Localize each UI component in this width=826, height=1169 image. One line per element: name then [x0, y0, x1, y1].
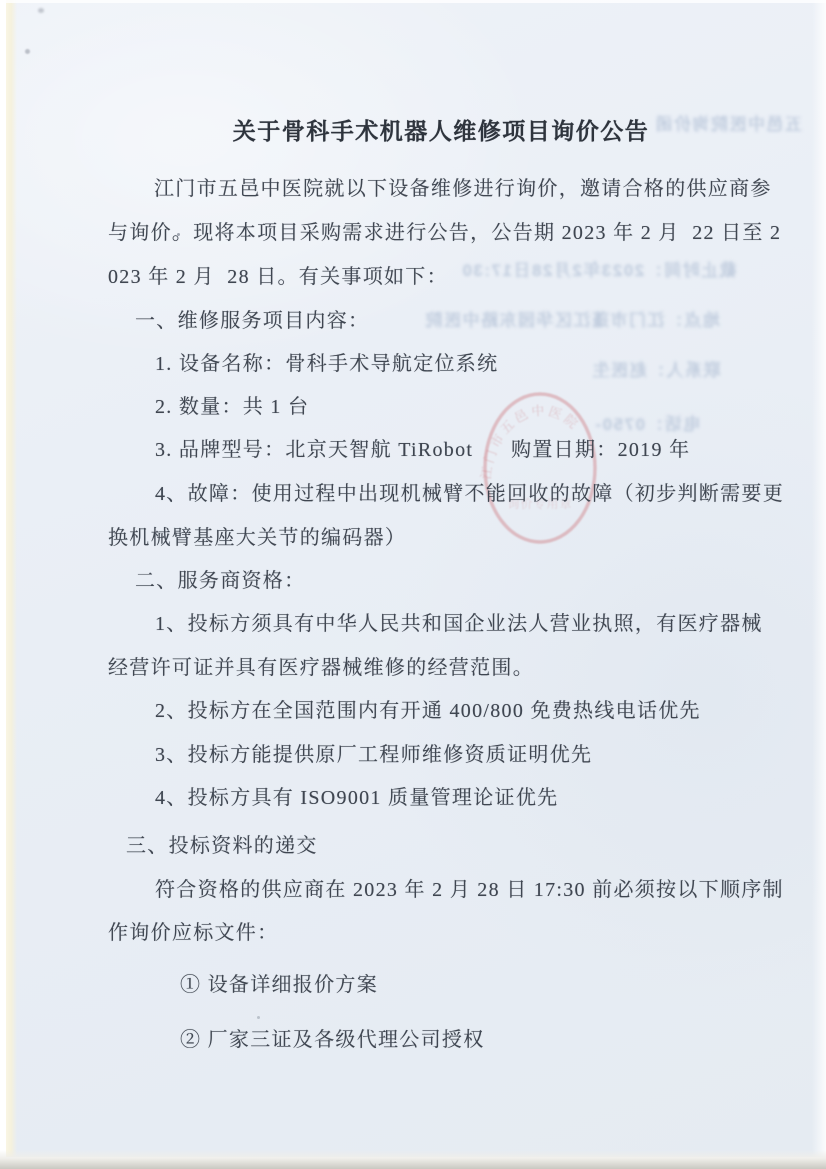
scan-speck	[25, 49, 30, 54]
section-1-item: 3. 品牌型号：北京天智航 TiRobot 购置日期：2019 年	[155, 438, 690, 462]
section-1-item: 2. 数量：共 1 台	[155, 395, 309, 419]
scanner-top-margin	[0, 0, 826, 3]
intro-line: 江门市五邑中医院就以下设备维修进行询价，邀请合格的供应商参	[154, 177, 772, 201]
scanner-right-margin	[812, 0, 826, 1157]
section-2-item: 3、投标方能提供原厂工程师维修资质证明优先	[155, 743, 592, 767]
section-1-heading: 一、维修服务项目内容：	[135, 309, 369, 333]
scan-speck	[177, 233, 180, 236]
section-2-item: 2、投标方在全国范围内有开通 400/800 免费热线电话优先	[155, 699, 701, 723]
scanner-left-margin	[0, 0, 6, 1169]
required-document-item: ② 厂家三证及各级代理公司授权	[180, 1028, 485, 1052]
intro-line: 023 年 2 月 28 日。有关事项如下：	[108, 265, 448, 289]
section-1-item: 4、故障：使用过程中出现机械臂不能回收的故障（初步判断需要更	[155, 482, 784, 506]
section-3-paragraph: 符合资格的供应商在 2023 年 2 月 28 日 17:30 前必须按以下顺序…	[155, 878, 784, 902]
required-document-item: ① 设备详细报价方案	[180, 973, 378, 997]
scan-speck	[257, 1016, 260, 1019]
document-title: 关于骨科手术机器人维修项目询价公告	[36, 113, 826, 146]
section-3-paragraph: 作询价应标文件：	[108, 921, 278, 945]
section-2-heading: 二、服务商资格：	[135, 569, 305, 593]
section-1-item: 换机械臂基座大关节的编码器）	[108, 526, 406, 550]
scanned-page: 五邑中医院询价函 截止时间：2023年2月28日17:30 地点：江门市蓬江区华…	[0, 0, 826, 1169]
paper-sheet: 五邑中医院询价函 截止时间：2023年2月28日17:30 地点：江门市蓬江区华…	[6, 0, 826, 1157]
section-2-item: 4、投标方具有 ISO9001 质量管理论证优先	[155, 786, 558, 810]
bleedthrough-text: 截止时间：2023年2月28日17:30	[461, 256, 737, 281]
page-bottom-edge-shadow	[0, 1150, 826, 1169]
section-2-item: 经营许可证并具有医疗器械维修的经营范围。	[108, 656, 534, 680]
intro-line: 与询价。现将本项目采购需求进行公告，公告期 2023 年 2 月 22 日至 2	[108, 221, 781, 245]
section-2-item: 1、投标方须具有中华人民共和国企业法人营业执照，有医疗器械	[155, 612, 763, 636]
red-seal-stamp: 江门市五邑中医院 询价专用章	[474, 388, 610, 552]
section-3-heading: 三、投标资料的递交	[126, 834, 318, 858]
scan-speck	[38, 8, 44, 13]
bleedthrough-text: 地点：江门市蓬江区华园东路中医院	[424, 306, 720, 331]
bleedthrough-text: 联系人：赵医生	[591, 356, 721, 381]
section-1-item: 1. 设备名称：骨科手术导航定位系统	[155, 352, 498, 376]
